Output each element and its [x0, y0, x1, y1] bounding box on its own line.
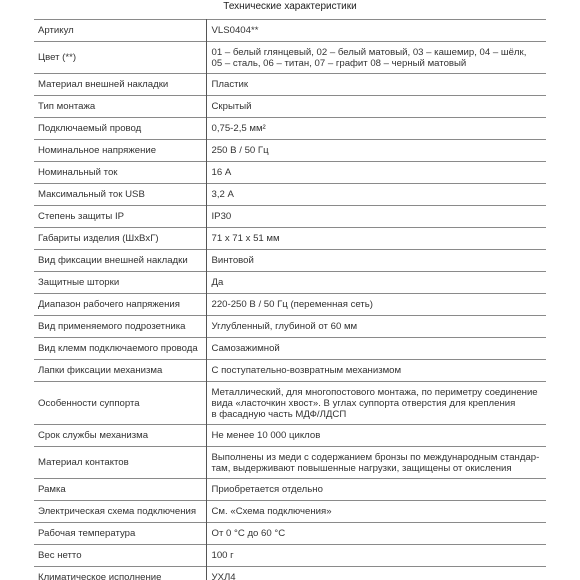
- spec-row: Подключаемый провод0,75-2,5 мм²: [34, 118, 546, 140]
- spec-value: Углубленный, глубиной от 60 мм: [206, 316, 546, 338]
- spec-key: Вид применяемого подрозетника: [34, 316, 206, 338]
- specifications-body: АртикулVLS0404**Цвет (**)01 – белый глян…: [34, 20, 546, 580]
- spec-key: Диапазон рабочего напряжения: [34, 294, 206, 316]
- spec-value-line: Пластик: [212, 79, 543, 90]
- spec-row: Защитные шторкиДа: [34, 272, 546, 294]
- spec-value-line: 100 г: [212, 550, 543, 561]
- spec-key: Цвет (**): [34, 42, 206, 74]
- spec-value: Скрытый: [206, 96, 546, 118]
- spec-value-line: УХЛ4: [212, 572, 543, 580]
- spec-row: АртикулVLS0404**: [34, 20, 546, 42]
- spec-key: Материал контактов: [34, 447, 206, 479]
- spec-value-line: 3,2 А: [212, 189, 543, 200]
- spec-value-line: Металлический, для многопостового монтаж…: [212, 387, 543, 398]
- spec-value-line: VLS0404**: [212, 25, 543, 36]
- spec-key: Максимальный ток USB: [34, 184, 206, 206]
- spec-value: Винтовой: [206, 250, 546, 272]
- spec-row: Вид клемм подключаемого проводаСамозажим…: [34, 338, 546, 360]
- spec-key: Рабочая температура: [34, 523, 206, 545]
- spec-key: Степень защиты IP: [34, 206, 206, 228]
- spec-row: Электрическая схема подключенияСм. «Схем…: [34, 501, 546, 523]
- spec-key: Артикул: [34, 20, 206, 42]
- spec-row: Вид фиксации внешней накладкиВинтовой: [34, 250, 546, 272]
- spec-key: Габариты изделия (ШxВxГ): [34, 228, 206, 250]
- spec-value-line: 71 x 71 x 51 мм: [212, 233, 543, 244]
- spec-value-line: 16 А: [212, 167, 543, 178]
- spec-value: От 0 °C до 60 °C: [206, 523, 546, 545]
- spec-value: 250 В / 50 Гц: [206, 140, 546, 162]
- spec-value-line: Не менее 10 000 циклов: [212, 430, 543, 441]
- spec-value-line: 05 – сталь, 06 – титан, 07 – графит 08 –…: [212, 58, 543, 69]
- spec-key: Защитные шторки: [34, 272, 206, 294]
- spec-value-line: 250 В / 50 Гц: [212, 145, 543, 156]
- specifications-table: АртикулVLS0404**Цвет (**)01 – белый глян…: [34, 19, 546, 580]
- spec-key: Вес нетто: [34, 545, 206, 567]
- spec-row: Срок службы механизмаНе менее 10 000 цик…: [34, 425, 546, 447]
- spec-row: Лапки фиксации механизмаС поступательно-…: [34, 360, 546, 382]
- spec-value: IP30: [206, 206, 546, 228]
- spec-value-line: там, выдерживают повышенные нагрузки, за…: [212, 463, 543, 474]
- spec-key: Вид клемм подключаемого провода: [34, 338, 206, 360]
- spec-value-line: Да: [212, 277, 543, 288]
- spec-value-line: 01 – белый глянцевый, 02 – белый матовый…: [212, 47, 543, 58]
- spec-key: Тип монтажа: [34, 96, 206, 118]
- spec-value-line: вида «ласточкин хвост». В углах суппорта…: [212, 398, 543, 409]
- spec-row: Номинальное напряжение250 В / 50 Гц: [34, 140, 546, 162]
- spec-row: Климатическое исполнениеУХЛ4: [34, 567, 546, 580]
- spec-value-line: в фасадную часть МДФ/ЛДСП: [212, 409, 543, 420]
- spec-key: Номинальный ток: [34, 162, 206, 184]
- spec-row: Степень защиты IPIP30: [34, 206, 546, 228]
- spec-row: Материал внешней накладкиПластик: [34, 74, 546, 96]
- spec-value-line: Самозажимной: [212, 343, 543, 354]
- spec-row: Диапазон рабочего напряжения220-250 В / …: [34, 294, 546, 316]
- spec-value: 100 г: [206, 545, 546, 567]
- table-title: Технические характеристики: [0, 0, 580, 18]
- spec-key: Материал внешней накладки: [34, 74, 206, 96]
- spec-value: С поступательно-возвратным механизмом: [206, 360, 546, 382]
- spec-value-line: От 0 °C до 60 °C: [212, 528, 543, 539]
- spec-row: Цвет (**)01 – белый глянцевый, 02 – белы…: [34, 42, 546, 74]
- spec-value: VLS0404**: [206, 20, 546, 42]
- spec-key: Электрическая схема подключения: [34, 501, 206, 523]
- spec-value: Не менее 10 000 циклов: [206, 425, 546, 447]
- spec-value-line: 0,75-2,5 мм²: [212, 123, 543, 134]
- spec-value-line: Углубленный, глубиной от 60 мм: [212, 321, 543, 332]
- spec-key: Лапки фиксации механизма: [34, 360, 206, 382]
- spec-key: Подключаемый провод: [34, 118, 206, 140]
- spec-row: Особенности суппортаМеталлический, для м…: [34, 382, 546, 425]
- spec-row: Максимальный ток USB3,2 А: [34, 184, 546, 206]
- spec-row: Номинальный ток16 А: [34, 162, 546, 184]
- spec-row: РамкаПриобретается отдельно: [34, 479, 546, 501]
- spec-value-line: 220-250 В / 50 Гц (переменная сеть): [212, 299, 543, 310]
- spec-value: УХЛ4: [206, 567, 546, 580]
- spec-value: 16 А: [206, 162, 546, 184]
- spec-key: Климатическое исполнение: [34, 567, 206, 580]
- spec-key: Рамка: [34, 479, 206, 501]
- spec-value-line: Скрытый: [212, 101, 543, 112]
- spec-value: Выполнены из меди с содержанием бронзы п…: [206, 447, 546, 479]
- spec-value: См. «Схема подключения»: [206, 501, 546, 523]
- spec-value: 71 x 71 x 51 мм: [206, 228, 546, 250]
- spec-value-line: См. «Схема подключения»: [212, 506, 543, 517]
- spec-row: Тип монтажаСкрытый: [34, 96, 546, 118]
- spec-value-line: Винтовой: [212, 255, 543, 266]
- spec-value-line: Выполнены из меди с содержанием бронзы п…: [212, 452, 543, 463]
- spec-key: Срок службы механизма: [34, 425, 206, 447]
- spec-value: 0,75-2,5 мм²: [206, 118, 546, 140]
- spec-row: Вид применяемого подрозетникаУглубленный…: [34, 316, 546, 338]
- spec-value: Пластик: [206, 74, 546, 96]
- spec-row: Вес нетто100 г: [34, 545, 546, 567]
- spec-value: 01 – белый глянцевый, 02 – белый матовый…: [206, 42, 546, 74]
- spec-row: Рабочая температураОт 0 °C до 60 °C: [34, 523, 546, 545]
- spec-key: Номинальное напряжение: [34, 140, 206, 162]
- spec-row: Габариты изделия (ШxВxГ)71 x 71 x 51 мм: [34, 228, 546, 250]
- spec-value: Приобретается отдельно: [206, 479, 546, 501]
- spec-value: Самозажимной: [206, 338, 546, 360]
- spec-row: Материал контактовВыполнены из меди с со…: [34, 447, 546, 479]
- spec-key: Особенности суппорта: [34, 382, 206, 425]
- spec-value: Металлический, для многопостового монтаж…: [206, 382, 546, 425]
- spec-value-line: С поступательно-возвратным механизмом: [212, 365, 543, 376]
- spec-value-line: IP30: [212, 211, 543, 222]
- spec-value: 3,2 А: [206, 184, 546, 206]
- spec-key: Вид фиксации внешней накладки: [34, 250, 206, 272]
- spec-value: 220-250 В / 50 Гц (переменная сеть): [206, 294, 546, 316]
- spec-value-line: Приобретается отдельно: [212, 484, 543, 495]
- spec-value: Да: [206, 272, 546, 294]
